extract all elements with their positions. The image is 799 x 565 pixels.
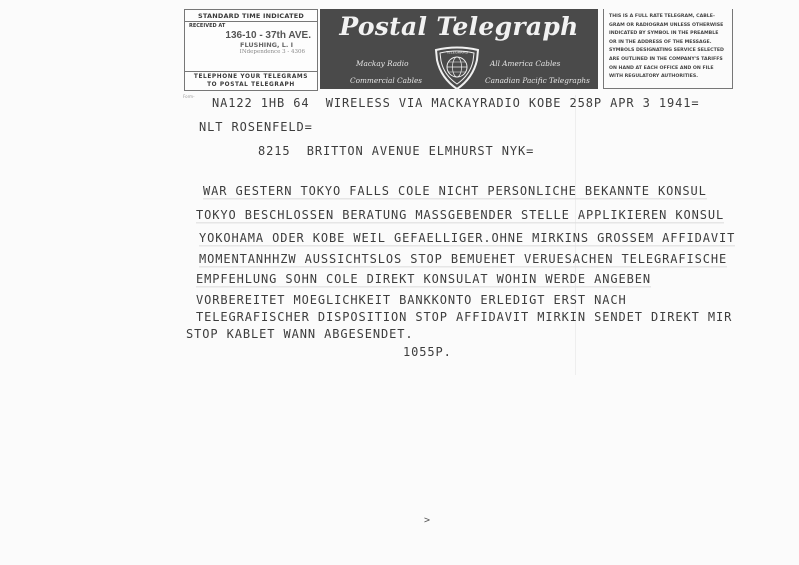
message-line: TOKYO BESCHLOSSEN BERATUNG MASSGEBENDER … [196,208,724,224]
telephone-notice: TELEPHONE YOUR TELEGRAMS TO POSTAL TELEG… [185,71,317,90]
telegram-page: STANDARD TIME INDICATED RECEIVED AT 136-… [0,0,799,565]
stray-mark: > [424,515,430,526]
message-line: WAR GESTERN TOKYO FALLS COLE NICHT PERSO… [203,184,707,200]
office-city: FLUSHING, L. I [185,41,317,49]
message-line: VORBEREITET MOEGLICHKEIT BANKKONTO ERLED… [196,293,627,308]
globe-shield-icon: TELEGRAMS [433,46,481,90]
service-notice-box: THIS IS A FULL RATE TELEGRAM, CABLE-GRAM… [603,9,733,89]
service-commercial-cables: Commercial Cables [350,76,422,85]
standard-time-label: STANDARD TIME INDICATED [185,10,317,22]
brand-title: Postal Telegraph [320,12,598,41]
preamble-line: NA122 1HB 64 WIRELESS VIA MACKAYRADIO KO… [212,96,699,111]
message-line: TELEGRAFISCHER DISPOSITION STOP AFFIDAVI… [196,310,732,325]
form-mark: Form- [183,94,195,99]
telephone-line-1: TELEPHONE YOUR TELEGRAMS [185,73,317,81]
office-address: 136-10 - 37th AVE. [185,30,317,41]
service-mackay-radio: Mackay Radio [356,59,409,68]
message-line: STOP KABLET WANN ABGESENDET. [186,327,414,342]
recipient-line: NLT ROSENFELD= [199,120,313,135]
postal-telegraph-banner: Postal Telegraph Mackay Radio Commercial… [320,9,598,89]
time-received: 1055P. [403,345,452,360]
service-canadian-pacific: Canadian Pacific Telegraphs [485,76,590,85]
service-all-america-cables: All America Cables [490,59,560,68]
message-line: YOKOHAMA ODER KOBE WEIL GEFAELLIGER.OHNE… [199,231,735,247]
office-phone: INdependence 3 - 4306 [185,49,317,55]
telephone-line-2: TO POSTAL TELEGRAPH [185,81,317,89]
message-line: MOMENTANHHZW AUSSICHTSLOS STOP BEMUEHET … [199,252,727,268]
message-line: EMPFEHLUNG SOHN COLE DIREKT KONSULAT WOH… [196,272,651,288]
address-line: 8215 BRITTON AVENUE ELMHURST NYK= [258,144,534,159]
received-at-label: RECEIVED AT [185,22,317,29]
svg-text:TELEGRAMS: TELEGRAMS [445,51,468,55]
received-at-box: STANDARD TIME INDICATED RECEIVED AT 136-… [184,9,318,91]
